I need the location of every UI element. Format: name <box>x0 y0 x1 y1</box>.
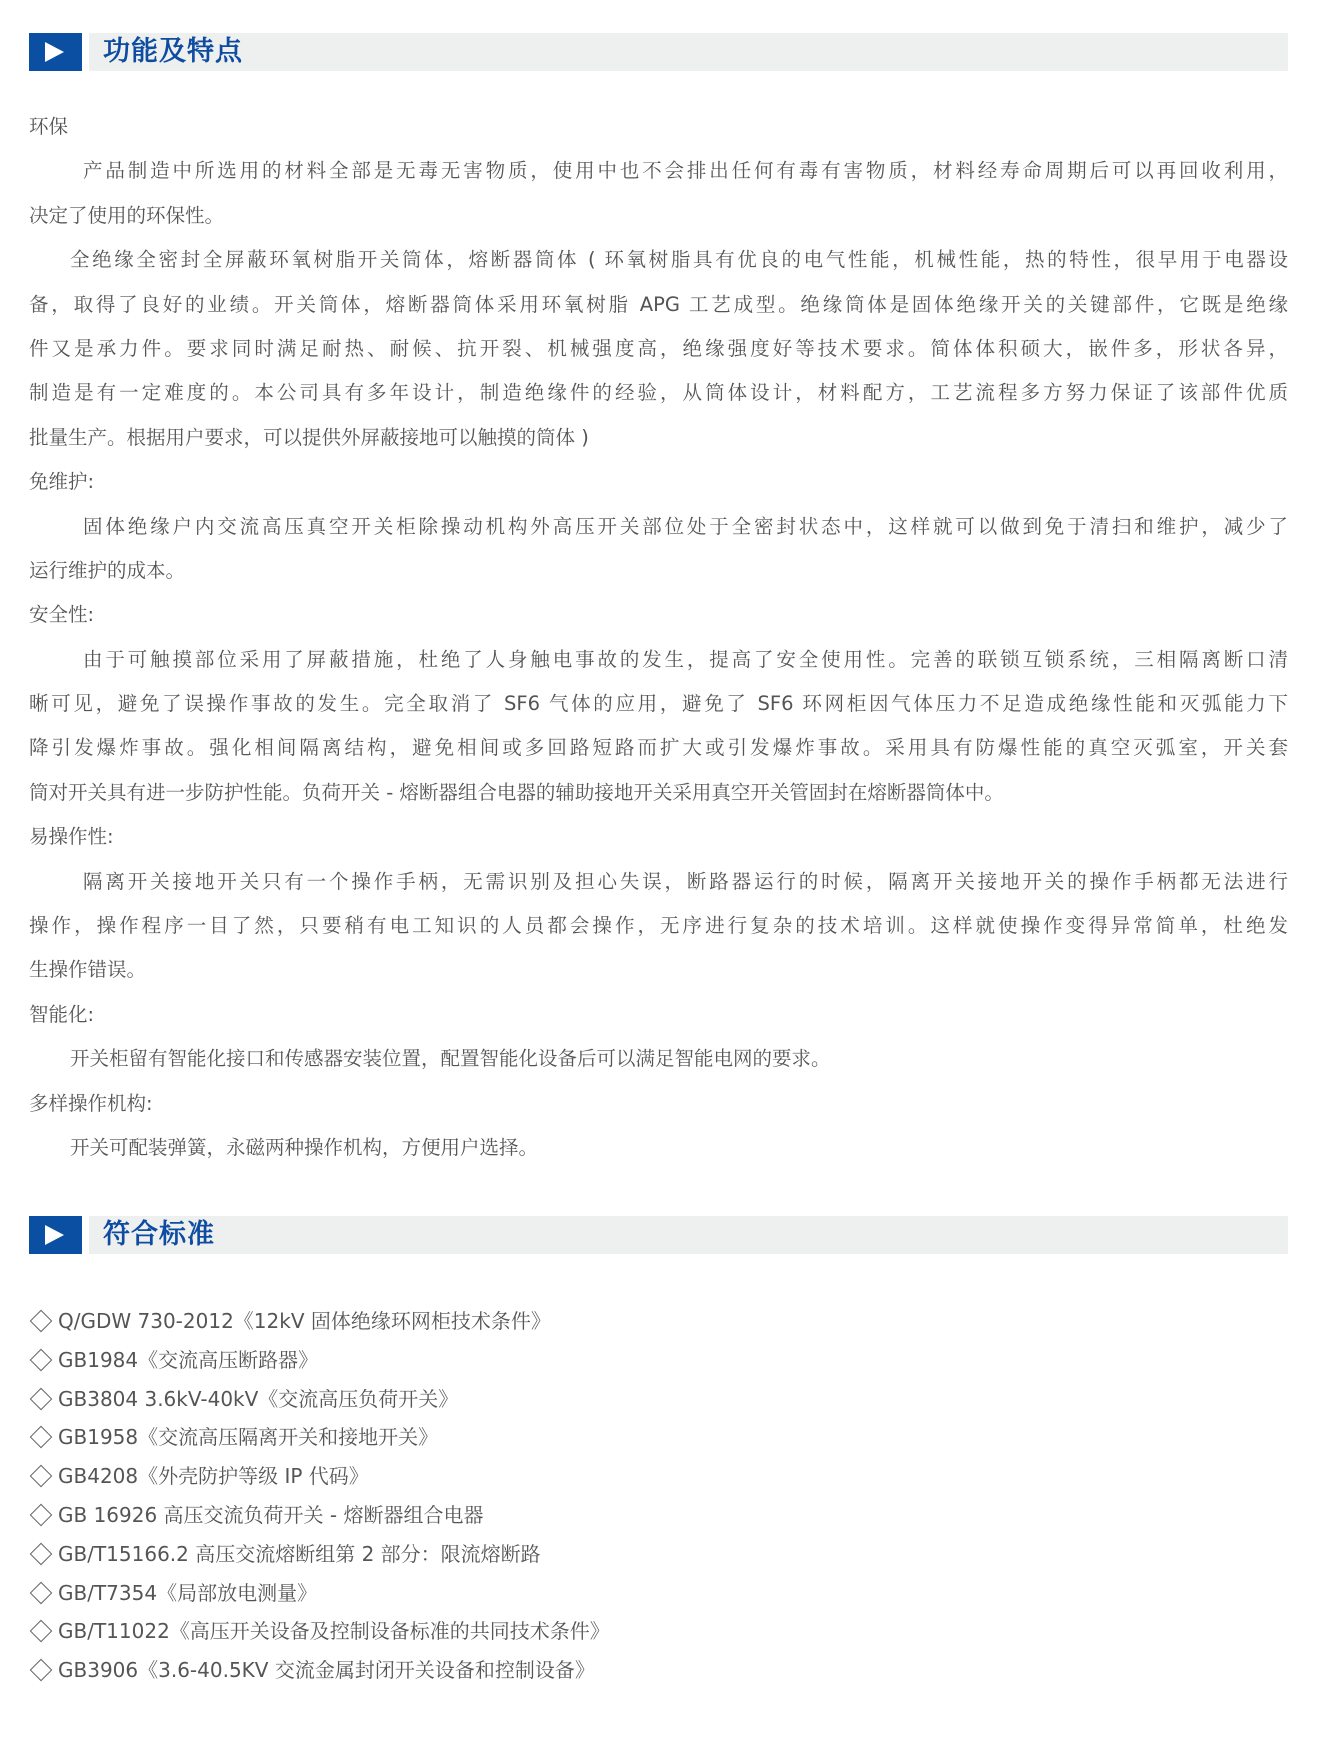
standard-text: Q/GDW 730-2012《12kV 固体绝缘环网柜技术条件》 <box>58 1309 551 1333</box>
list-item: GB1984《交流高压断路器》 <box>29 1341 929 1380</box>
list-item: GB/T11022《高压开关设备及控制设备标准的共同技术条件》 <box>29 1612 929 1651</box>
section-title-bar: 符合标准 <box>89 1216 1288 1254</box>
paragraph-line: 备，取得了良好的业绩。开关筒体，熔断器筒体采用环氧树脂 APG 工艺成型。绝缘筒… <box>29 283 1288 327</box>
diamond-bullet-icon <box>30 1426 53 1449</box>
paragraph-line: 操作，操作程序一目了然，只要稍有电工知识的人员都会操作，无序进行复杂的技术培训。… <box>29 904 1288 948</box>
section-title: 功能及特点 <box>103 33 243 71</box>
play-triangle-icon <box>45 1225 64 1245</box>
list-item: GB3804 3.6kV-40kV《交流高压负荷开关》 <box>29 1380 929 1419</box>
paragraph-line: 件又是承力件。要求同时满足耐热、耐候、抗开裂、机械强度高，绝缘强度好等技术要求。… <box>29 327 1288 371</box>
section-marker <box>29 33 82 71</box>
feature-heading-mechanisms: 多样操作机构: <box>29 1082 1288 1126</box>
features-content: 环保 产品制造中所选用的材料全部是无毒无害物质，使用中也不会排出任何有毒有害物质… <box>29 105 1288 1170</box>
list-item: GB/T15166.2 高压交流熔断组第 2 部分：限流熔断路 <box>29 1535 929 1574</box>
list-item: Q/GDW 730-2012《12kV 固体绝缘环网柜技术条件》 <box>29 1302 929 1341</box>
list-item: GB/T7354《局部放电测量》 <box>29 1574 929 1613</box>
standard-text: GB/T15166.2 高压交流熔断组第 2 部分：限流熔断路 <box>58 1542 541 1566</box>
section-header-features: 功能及特点 <box>29 33 1288 71</box>
paragraph-line: 降引发爆炸事故。强化相间隔离结构，避免相间或多回路短路而扩大或引发爆炸事故。采用… <box>29 726 1288 770</box>
paragraph-line: 运行维护的成本。 <box>29 549 1288 593</box>
section-title-bar: 功能及特点 <box>89 33 1288 71</box>
paragraph-line: 开关柜留有智能化接口和传感器安装位置，配置智能化设备后可以满足智能电网的要求。 <box>29 1037 1288 1081</box>
list-item: GB1958《交流高压隔离开关和接地开关》 <box>29 1418 929 1457</box>
diamond-bullet-icon <box>30 1310 53 1333</box>
standard-text: GB1958《交流高压隔离开关和接地开关》 <box>58 1425 438 1449</box>
paragraph-line: 产品制造中所选用的材料全部是无毒无害物质，使用中也不会排出任何有毒有害物质，材料… <box>29 149 1288 193</box>
paragraph-line: 开关可配装弹簧，永磁两种操作机构，方便用户选择。 <box>29 1126 1288 1170</box>
diamond-bullet-icon <box>30 1581 53 1604</box>
list-item: GB 16926 高压交流负荷开关 - 熔断器组合电器 <box>29 1496 929 1535</box>
diamond-bullet-icon <box>30 1504 53 1527</box>
diamond-bullet-icon <box>30 1542 53 1565</box>
diamond-bullet-icon <box>30 1620 53 1643</box>
standard-text: GB 16926 高压交流负荷开关 - 熔断器组合电器 <box>58 1503 484 1527</box>
diamond-bullet-icon <box>30 1465 53 1488</box>
standard-text: GB3906《3.6-40.5KV 交流金属封闭开关设备和控制设备》 <box>58 1658 595 1682</box>
paragraph-line: 固体绝缘户内交流高压真空开关柜除操动机构外高压开关部位处于全密封状态中，这样就可… <box>29 505 1288 549</box>
paragraph-line: 制造是有一定难度的。本公司具有多年设计，制造绝缘件的经验，从筒体设计，材料配方，… <box>29 371 1288 415</box>
feature-heading-safety: 安全性: <box>29 593 1288 637</box>
paragraph-line: 全绝缘全密封全屏蔽环氧树脂开关筒体，熔断器筒体 ( 环氧树脂具有优良的电气性能，… <box>29 238 1288 282</box>
play-triangle-icon <box>45 42 64 62</box>
diamond-bullet-icon <box>30 1348 53 1371</box>
paragraph-line: 决定了使用的环保性。 <box>29 194 1288 238</box>
diamond-bullet-icon <box>30 1659 53 1682</box>
paragraph-line: 筒对开关具有进一步防护性能。负荷开关 - 熔断器组合电器的辅助接地开关采用真空开… <box>29 771 1288 815</box>
paragraph-line: 批量生产。根据用户要求，可以提供外屏蔽接地可以触摸的筒体 ) <box>29 416 1288 460</box>
standard-text: GB3804 3.6kV-40kV《交流高压负荷开关》 <box>58 1387 458 1411</box>
standard-text: GB/T7354《局部放电测量》 <box>58 1581 317 1605</box>
list-item: GB4208《外壳防护等级 IP 代码》 <box>29 1457 929 1496</box>
feature-heading-eco: 环保 <box>29 105 1288 149</box>
feature-heading-maintenance-free: 免维护: <box>29 460 1288 504</box>
section-marker <box>29 1216 82 1254</box>
feature-heading-easy-operation: 易操作性: <box>29 815 1288 859</box>
feature-heading-intelligent: 智能化: <box>29 993 1288 1037</box>
diamond-bullet-icon <box>30 1387 53 1410</box>
paragraph-line: 生操作错误。 <box>29 948 1288 992</box>
paragraph-line: 晰可见，避免了误操作事故的发生。完全取消了 SF6 气体的应用，避免了 SF6 … <box>29 682 1288 726</box>
standards-list: Q/GDW 730-2012《12kV 固体绝缘环网柜技术条件》 GB1984《… <box>29 1302 929 1690</box>
standard-text: GB1984《交流高压断路器》 <box>58 1348 318 1372</box>
paragraph-line: 由于可触摸部位采用了屏蔽措施，杜绝了人身触电事故的发生，提高了安全使用性。完善的… <box>29 638 1288 682</box>
paragraph-line: 隔离开关接地开关只有一个操作手柄，无需识别及担心失误，断路器运行的时候，隔离开关… <box>29 860 1288 904</box>
section-header-standards: 符合标准 <box>29 1216 1288 1254</box>
section-title: 符合标准 <box>103 1216 215 1254</box>
standard-text: GB4208《外壳防护等级 IP 代码》 <box>58 1464 369 1488</box>
standard-text: GB/T11022《高压开关设备及控制设备标准的共同技术条件》 <box>58 1619 610 1643</box>
list-item: GB3906《3.6-40.5KV 交流金属封闭开关设备和控制设备》 <box>29 1651 929 1690</box>
